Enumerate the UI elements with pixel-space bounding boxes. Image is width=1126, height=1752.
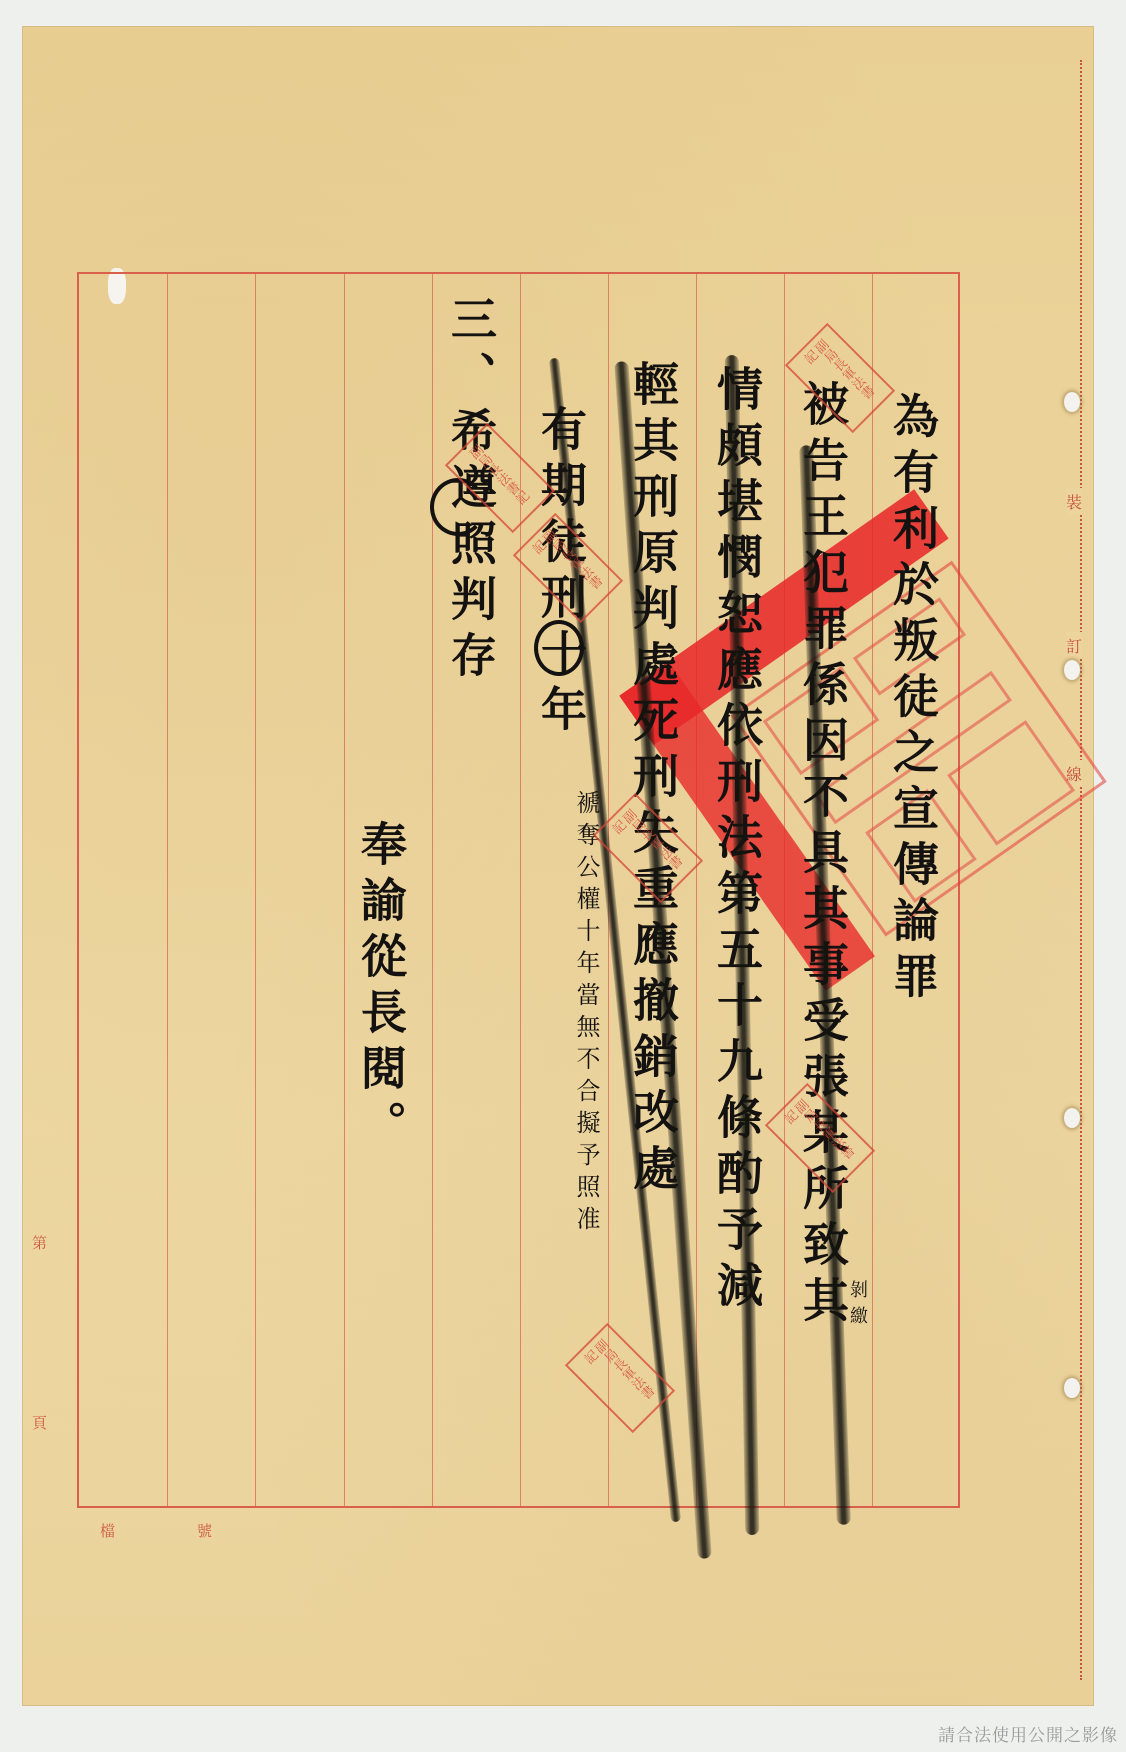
margin-correction: 剝繳 — [848, 1280, 866, 1332]
page-suffix: 頁 — [32, 1412, 47, 1433]
rule-line — [344, 274, 345, 1506]
binding-label-1: 裝 — [1066, 488, 1082, 515]
text-column-1: 為有利於叛徒之宣傳論罪 — [890, 392, 936, 1008]
punch-hole — [1064, 1378, 1080, 1398]
punch-hole — [1064, 660, 1080, 680]
punch-hole — [1064, 1108, 1080, 1128]
usage-watermark: 請合法使用公開之影像 — [938, 1721, 1118, 1746]
rule-line — [167, 274, 168, 1506]
page-prefix: 第 — [32, 1232, 47, 1253]
archive-label: 檔 — [100, 1520, 115, 1541]
binding-label-2: 訂 — [1066, 632, 1082, 659]
rule-line — [432, 274, 433, 1506]
number-label: 號 — [197, 1520, 212, 1541]
binding-dotted-line — [1080, 60, 1082, 1680]
text-column-7: 奉諭從長閱。 — [358, 820, 404, 1156]
rule-line — [696, 274, 697, 1506]
rule-line — [255, 274, 256, 1506]
punch-hole — [1064, 392, 1080, 412]
text-column-note: 褫奪公權十年當無不合擬予照准 — [574, 790, 598, 1238]
circle-mark — [534, 620, 584, 676]
